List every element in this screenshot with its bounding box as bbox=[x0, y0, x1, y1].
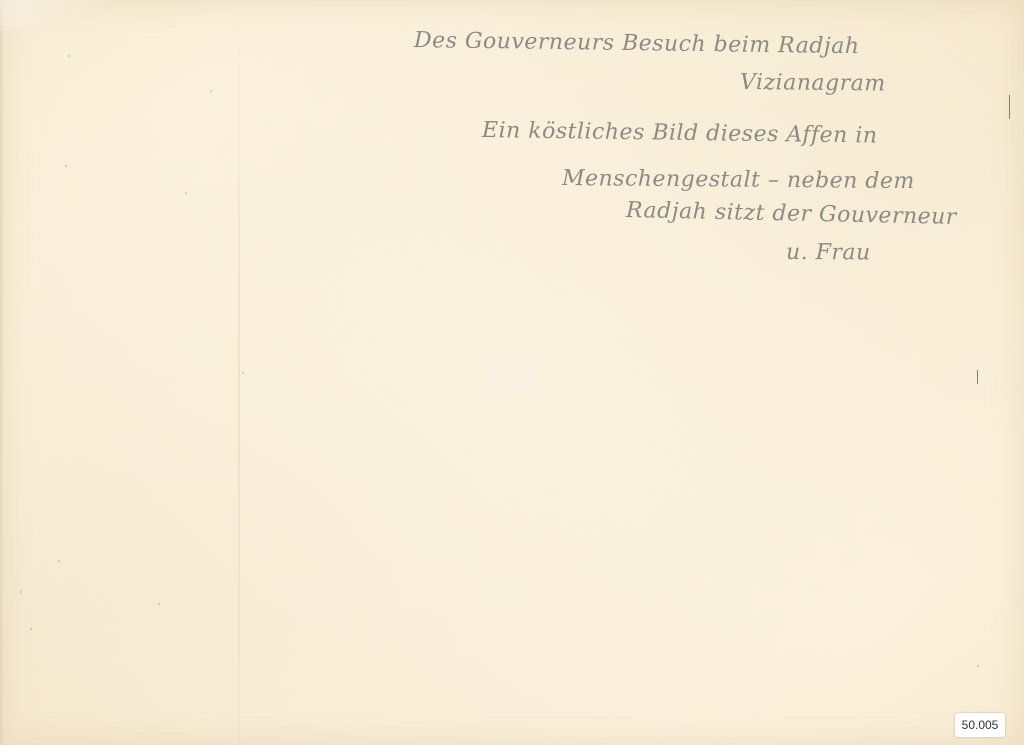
catalog-number-label: 50.005 bbox=[955, 713, 1005, 737]
pencil-mark bbox=[977, 370, 978, 384]
handwritten-line-5: Radjah sitzt der Gouverneur bbox=[626, 198, 957, 230]
handwritten-line-3: Ein köstliches Bild dieses Affen in bbox=[482, 118, 878, 149]
corner-crease bbox=[0, 0, 110, 30]
handwritten-line-4: Menschengestalt – neben dem bbox=[562, 166, 915, 194]
handwritten-line-2: Vizianagram bbox=[740, 70, 886, 97]
paper-edge-shadow bbox=[0, 0, 4, 745]
pencil-mark bbox=[1009, 95, 1010, 119]
handwritten-line-6: u. Frau bbox=[786, 240, 871, 265]
vertical-fold-line bbox=[238, 0, 240, 745]
handwritten-line-1: Des Gouverneurs Besuch beim Radjah bbox=[414, 28, 860, 59]
document-page: Des Gouverneurs Besuch beim Radjah Vizia… bbox=[0, 0, 1024, 745]
